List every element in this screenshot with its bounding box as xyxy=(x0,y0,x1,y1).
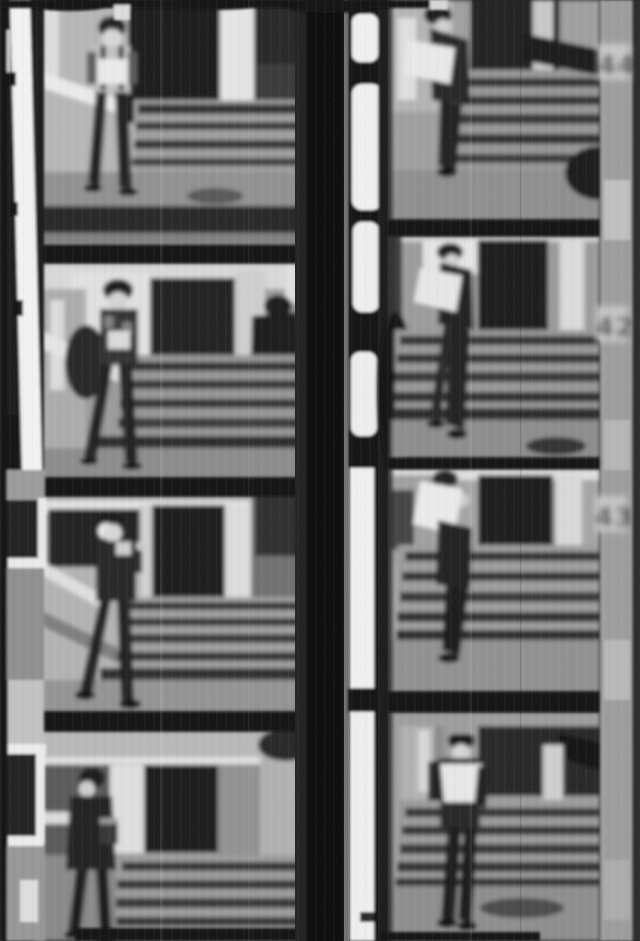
film-strips-photograph: Black-and-white photograph of two vertic… xyxy=(0,0,640,941)
film-grain-overlay xyxy=(0,0,640,941)
